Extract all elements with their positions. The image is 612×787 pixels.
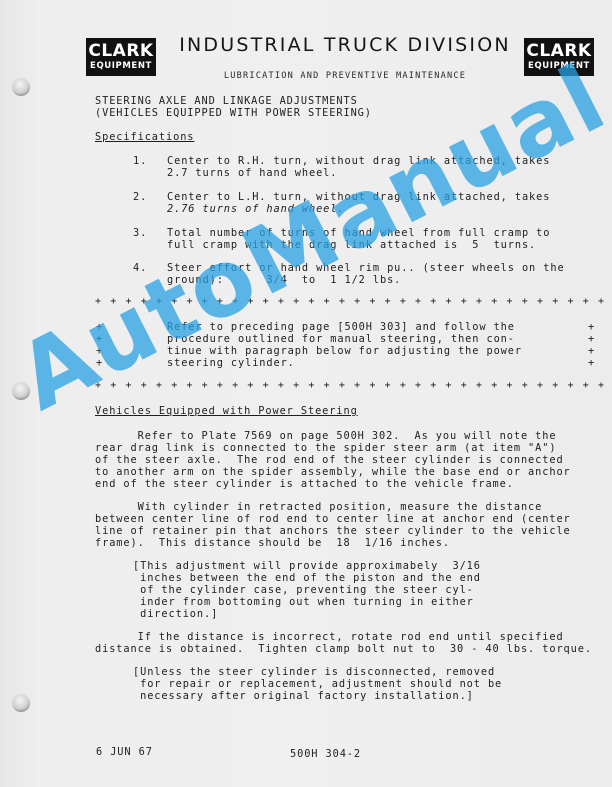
paragraph-line: If the distance is incorrect, rotate rod… — [95, 631, 564, 643]
paragraph-line: rear drag link is connected to the spide… — [95, 442, 556, 454]
spec-number: 1. — [133, 155, 147, 167]
plus-mark-left: + — [96, 357, 103, 369]
spec-text-line1: Total number of turns of hand wheel from… — [167, 227, 550, 239]
spec-number: 4. — [133, 262, 147, 274]
note-line: necessary after original factory install… — [133, 690, 474, 702]
logo-tagline: EQUIPMENT — [524, 61, 594, 71]
spec-number: 3. — [133, 227, 147, 239]
plus-mark-right: + — [588, 345, 595, 357]
binder-hole-top — [12, 78, 30, 96]
logo-wordmark: CLARK — [86, 41, 156, 61]
plus-mark-left: + — [96, 345, 103, 357]
plus-border-bottom: + + + + + + + + + + + + + + + + + + + + … — [95, 380, 612, 391]
plus-mark-left: + — [96, 333, 103, 345]
spec-number: 2. — [133, 191, 147, 203]
section-heading-line1: STEERING AXLE AND LINKAGE ADJUSTMENTS — [95, 95, 358, 107]
note-line: Refer to preceding page [500H 303] and f… — [167, 321, 515, 333]
binder-hole-middle — [12, 382, 30, 400]
note-line: tinue with paragraph below for adjusting… — [167, 345, 522, 357]
paragraph-line: Refer to Plate 7569 on page 500H 302. As… — [95, 430, 556, 442]
note-line: inches between the end of the piston and… — [133, 572, 481, 584]
plus-mark-left: + — [96, 321, 103, 333]
plus-mark-right: + — [588, 333, 595, 345]
spec-text-line1: Center to L.H. turn, without drag link a… — [167, 191, 550, 203]
spec-text-line2: full cramp with the drag link attached i… — [167, 239, 536, 251]
note-line: for repair or replacement, adjustment sh… — [133, 678, 502, 690]
note-line: direction.] — [133, 608, 218, 620]
logo-tagline: EQUIPMENT — [86, 61, 156, 71]
paragraph-line: With cylinder in retracted position, mea… — [95, 501, 542, 513]
clark-logo-right: CLARK EQUIPMENT — [524, 38, 594, 76]
paragraph-line: line of retainer pin that anchors the st… — [95, 525, 571, 537]
clark-logo-left: CLARK EQUIPMENT — [86, 38, 156, 76]
manual-subtitle: LUBRICATION AND PREVENTIVE MAINTENANCE — [180, 71, 510, 81]
document-page: CLARK EQUIPMENT CLARK EQUIPMENT INDUSTRI… — [0, 0, 612, 787]
paragraph-line: of the steer axle. The rod end of the st… — [95, 454, 564, 466]
specifications-heading: Specifications — [95, 131, 194, 143]
spec-text-line1: Center to R.H. turn, without drag link a… — [167, 155, 550, 167]
paragraph-line: to another arm on the spider assembly, w… — [95, 466, 571, 478]
note-line: procedure outlined for manual steering, … — [167, 333, 515, 345]
plus-mark-right: + — [588, 357, 595, 369]
paragraph-line: distance is obtained. Tighten clamp bolt… — [95, 643, 592, 655]
spec-text-line1: Steer effort or hand wheel rim pu.. (ste… — [167, 262, 565, 274]
section-heading-line2: (VEHICLES EQUIPPED WITH POWER STEERING) — [95, 107, 372, 119]
paragraph-line: frame). This distance should be 18 1/16 … — [95, 537, 450, 549]
footer-date: 6 JUN 67 — [96, 746, 153, 758]
plus-mark-right: + — [588, 321, 595, 333]
note-line: inder from bottoming out when turning in… — [133, 596, 474, 608]
spec-text-line2: 2.7 turns of hand wheel. — [167, 167, 337, 179]
spec-text-line2: 2.76 turns of hand wheel. — [167, 203, 344, 215]
division-title: INDUSTRIAL TRUCK DIVISION — [175, 34, 515, 56]
paragraph-line: between center line of rod end to center… — [95, 513, 571, 525]
paragraph-line: end of the steer cylinder is attached to… — [95, 478, 514, 490]
note-line: [Unless the steer cylinder is disconnect… — [133, 666, 495, 678]
power-steering-heading: Vehicles Equipped with Power Steering — [95, 405, 358, 417]
spec-text-line2: ground): 3/4 to 1 1/2 lbs. — [167, 274, 401, 286]
note-line: of the cylinder case, preventing the ste… — [133, 584, 474, 596]
footer-page-number: 500H 304-2 — [290, 748, 361, 760]
binder-hole-bottom — [12, 694, 30, 712]
note-line: steering cylinder. — [167, 357, 295, 369]
note-line: [This adjustment will provide approximab… — [133, 560, 481, 572]
plus-border-top: + + + + + + + + + + + + + + + + + + + + … — [95, 296, 612, 307]
logo-wordmark: CLARK — [524, 41, 594, 61]
